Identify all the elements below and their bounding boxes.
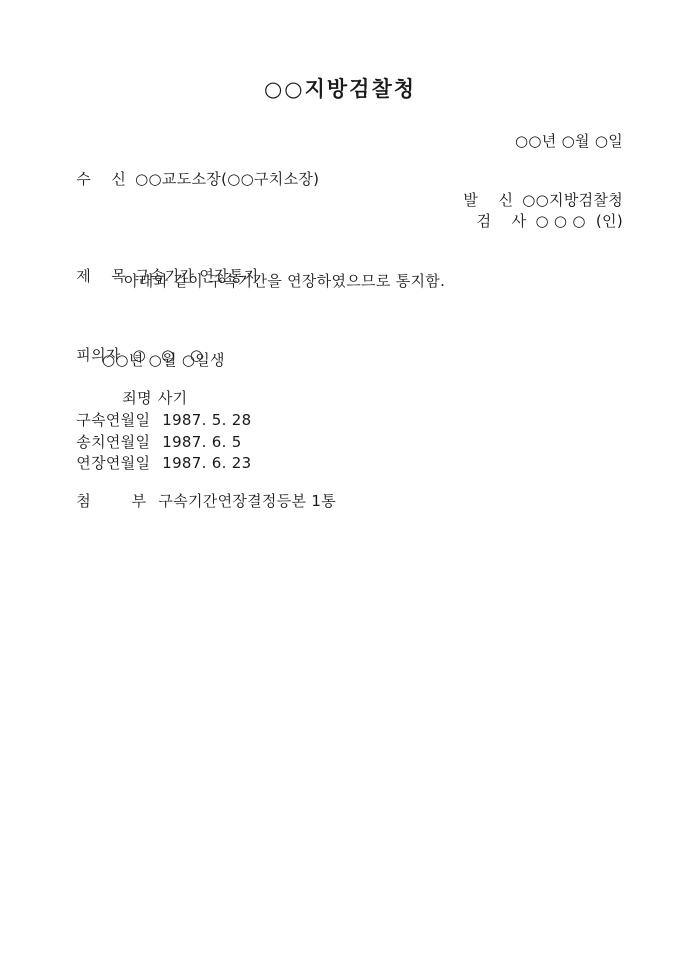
body-text: 아래와 같이 구속기간을 연장하였으므로 통지함. [124, 273, 445, 290]
recipient-label: 수 신 [76, 170, 126, 188]
recipient-line: 수 신○○교도소장(○○구치소장) [56, 154, 319, 205]
attachment-label: 첨 부 [76, 492, 146, 510]
attachment-line: 첨 부구속기간연장결정등본 1통 [56, 476, 336, 527]
prosecutor-line: 검 사○ ○ ○ (인) [456, 196, 623, 247]
document-page: ○○지방검찰청 ○○년 ○월 ○일 수 신○○교도소장(○○구치소장) 발 신○… [0, 0, 680, 962]
attachment-value: 구속기간연장결정등본 1통 [158, 492, 336, 510]
extension-date-label: 연장연월일 [76, 454, 150, 472]
recipient-value: ○○교도소장(○○구치소장) [135, 170, 319, 188]
prosecutor-label: 검 사 [477, 212, 527, 230]
extension-date-value: 1987. 6. 23 [162, 454, 251, 472]
document-date: ○○년 ○월 ○일 [515, 133, 623, 150]
suspect-birth-line: ○○년 ○월 ○일생 [102, 352, 225, 369]
subject-label: 제 목 [76, 267, 126, 285]
document-title: ○○지방검찰청 [0, 81, 680, 98]
prosecutor-value: ○ ○ ○ (인) [535, 212, 623, 230]
